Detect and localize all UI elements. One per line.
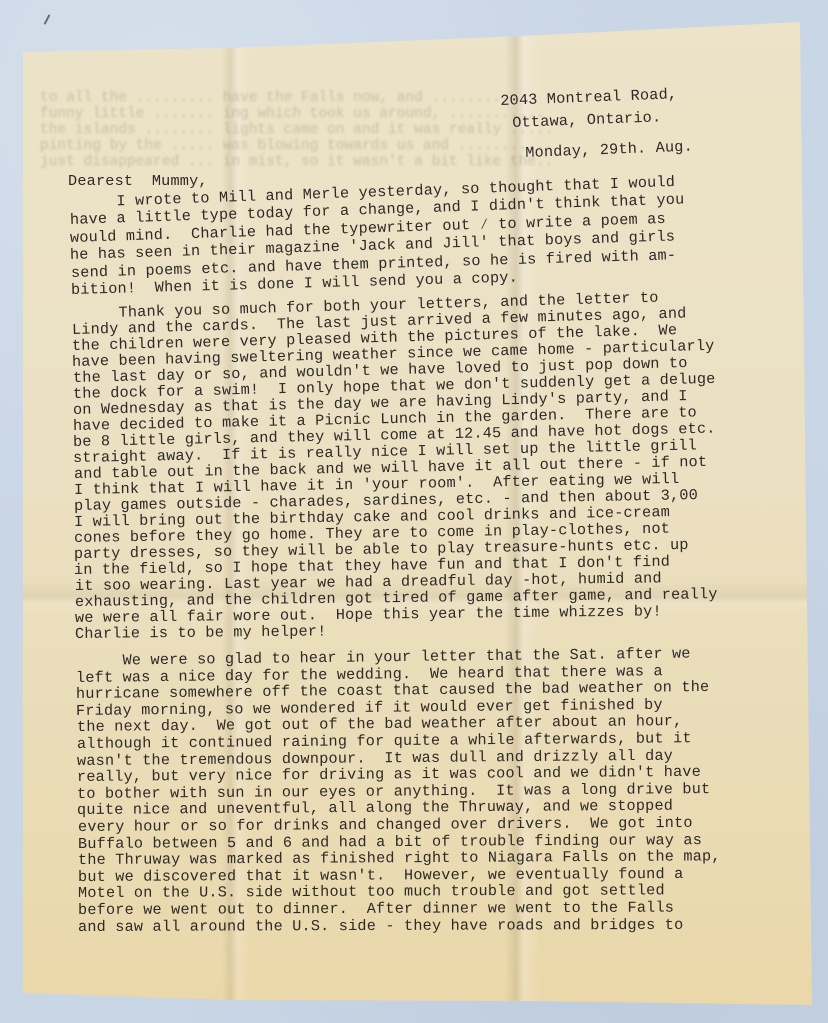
address-line-2: Ottawa, Ontario. [512,108,662,132]
letter-line: Charlie is to be my helper! [75,622,327,643]
letter-line: and saw all around the U.S. side - they … [78,915,683,935]
address-line-1: 2043 Montreal Road, [500,85,678,110]
letter-text: 2043 Montreal Road, Ottawa, Ontario. Mon… [0,0,828,1023]
salutation: Dearest Mummy, [68,172,208,190]
letter-date: Monday, 29th. Aug. [525,138,693,162]
